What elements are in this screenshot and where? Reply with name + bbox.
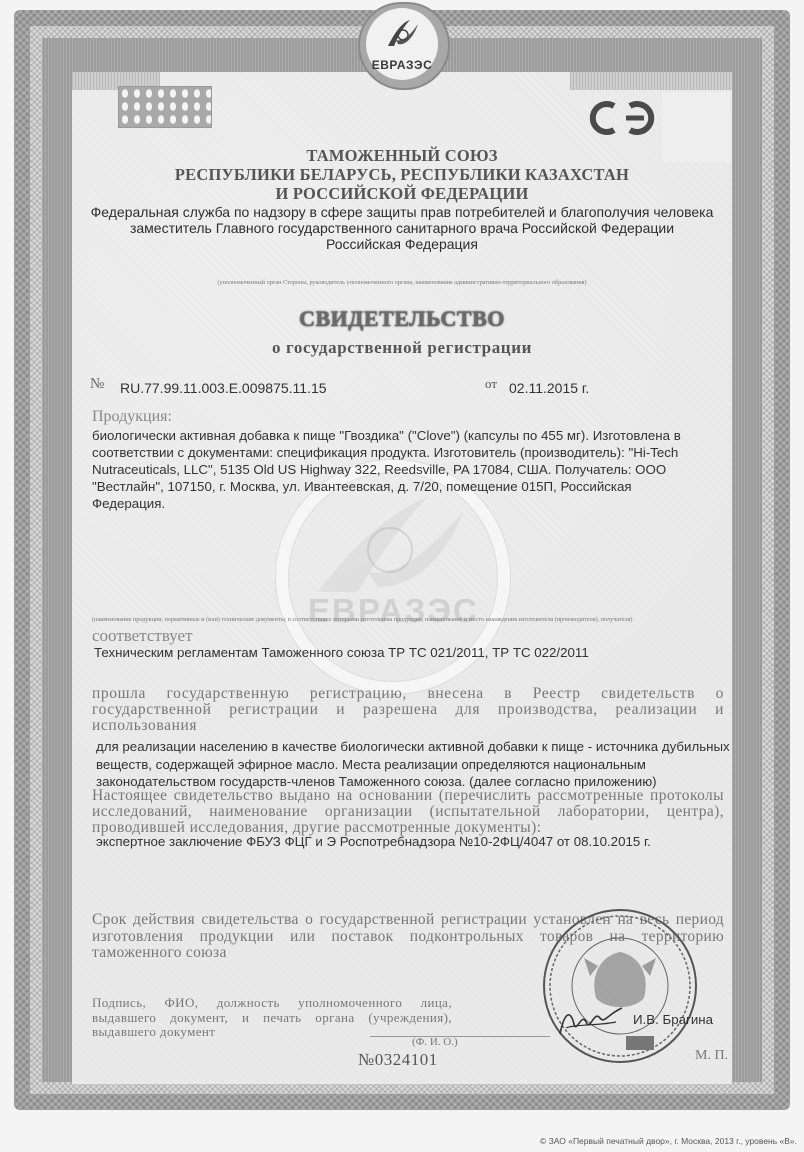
official-seal-icon [540, 906, 700, 1066]
product-description: биологически активная добавка к пище "Гв… [92, 427, 707, 512]
seal-placeholder: М. П. [695, 1048, 728, 1064]
number-label: № [90, 376, 104, 393]
se-conformity-mark-icon [586, 98, 658, 138]
technical-regulations: Техническим регламентам Таможенного союз… [94, 645, 589, 660]
registration-statement: прошла государственную регистрацию, внес… [92, 686, 724, 734]
product-label: Продукция: [92, 408, 172, 426]
registration-date: 02.11.2015 г. [509, 380, 589, 396]
eurasec-logo-icon [384, 16, 420, 52]
authority-line-2: заместитель Главного государственного са… [84, 220, 720, 236]
security-strip-right [570, 72, 732, 90]
eurasec-emblem: ЕВРАЗЭС [350, 2, 454, 86]
handwritten-signature [556, 1004, 626, 1040]
authority-caption: (уполномоченный орган Стороны, руководит… [84, 279, 720, 286]
document-subtitle: о государственной регистрации [84, 338, 720, 358]
document-title: СВИДЕТЕЛЬСТВО [84, 306, 720, 332]
conformity-label: соответствует [92, 626, 193, 646]
issuing-authority: Федеральная служба по надзору в сфере за… [84, 204, 720, 252]
signer-name: И.В. Брагина [633, 1012, 713, 1027]
union-line-2: РЕСПУБЛИКИ БЕЛАРУСЬ, РЕСПУБЛИКИ КАЗАХСТА… [84, 165, 720, 184]
authority-line-1: Федеральная служба по надзору в сфере за… [84, 204, 720, 220]
watermark-text: ЕВРАЗЭС [308, 592, 479, 630]
authority-line-3: Российская Федерация [84, 236, 720, 252]
union-line-3: И РОССИЙСКОЙ ФЕДЕРАЦИИ [84, 184, 720, 203]
hologram-sticker [118, 86, 212, 128]
basis-statement: Настоящее свидетельство выдано на основа… [92, 788, 724, 836]
emblem-label: ЕВРАЗЭС [350, 58, 454, 72]
signature-line [370, 1036, 550, 1037]
signature-caption: Подпись, ФИО, должность уполномоченного … [92, 996, 452, 1040]
customs-union-title: ТАМОЖЕННЫЙ СОЮЗ РЕСПУБЛИКИ БЕЛАРУСЬ, РЕС… [84, 146, 720, 203]
form-serial-number: №0324101 [358, 1050, 438, 1070]
expert-conclusion: экспертное заключение ФБУЗ ФЦГ и Э Роспо… [96, 834, 651, 849]
fio-caption: (Ф. И. О.) [412, 1036, 458, 1048]
printer-footer: © ЗАО «Первый печатный двор», г. Москва,… [540, 1136, 797, 1146]
date-label: от [485, 376, 497, 392]
registration-scope: для реализации населению в качестве биол… [96, 738, 764, 791]
union-line-1: ТАМОЖЕННЫЙ СОЮЗ [84, 146, 720, 165]
registration-number: RU.77.99.11.003.Е.009875.11.15 [120, 380, 327, 396]
product-caption: (наименование продукции, нормативные и (… [92, 616, 742, 623]
